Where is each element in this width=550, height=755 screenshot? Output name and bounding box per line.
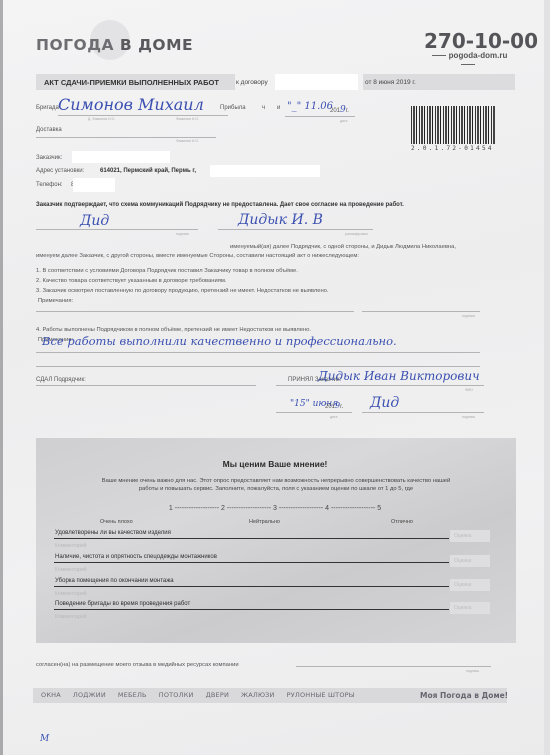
accepted-date-line bbox=[276, 412, 352, 413]
address-value: 614021, Пермский край, Пермь г, bbox=[100, 168, 196, 174]
company-logo: ПОГОДА В ДОМЕ bbox=[36, 36, 193, 54]
company-phone: 270-10-00 bbox=[424, 29, 538, 53]
accepted-line bbox=[276, 385, 484, 386]
note-2-line-2 bbox=[36, 366, 480, 367]
survey-score-3[interactable]: Оценка bbox=[450, 579, 490, 591]
publish-consent-text: согласен(на) на размещение моего отзыва … bbox=[36, 662, 239, 668]
customer-name-redacted bbox=[72, 151, 170, 163]
and-label: и bbox=[277, 105, 280, 111]
address-redacted bbox=[210, 165, 320, 177]
parties-line-1: именуемый(ая) далее Подрядчик, с одной с… bbox=[230, 244, 456, 250]
consent-signature-label: подпись bbox=[176, 232, 189, 236]
arrival-date-line bbox=[285, 116, 355, 117]
contract-number-redacted bbox=[275, 74, 358, 90]
note-1-line bbox=[36, 311, 354, 312]
footer-nav-furniture: МЕБЕЛЬ bbox=[118, 691, 147, 699]
logo-text-2: В ДОМЕ bbox=[114, 36, 193, 54]
clause-3: 3. Заказчик осмотрел поставленную по дог… bbox=[36, 288, 329, 294]
publish-consent-sign-label: подпись bbox=[466, 669, 479, 673]
clause-2: 2. Качество товара соответствует указанн… bbox=[36, 278, 226, 284]
consent-name-handwritten: Дидык И. В bbox=[238, 212, 323, 228]
footer-nav-loggias: ЛОДЖИИ bbox=[73, 691, 106, 699]
accepted-year-prefix: 201 bbox=[325, 404, 335, 410]
footer-nav: ОКНА ЛОДЖИИ МЕБЕЛЬ ПОТОЛКИ ДВЕРИ ЖАЛЮЗИ … bbox=[41, 691, 355, 699]
scale-mid-label: Нейтрально bbox=[249, 519, 280, 525]
barcode-number: 2.0.1.72-01454 bbox=[411, 145, 494, 152]
note-1-sign-line bbox=[362, 311, 480, 312]
consent-signature: Дид bbox=[80, 213, 109, 229]
footer-nav-doors: ДВЕРИ bbox=[206, 691, 229, 699]
footer-slogan: Моя Погода в Доме! bbox=[420, 691, 508, 700]
survey-comment-2[interactable]: Комментарий bbox=[55, 567, 87, 573]
delivery-label: Доставка bbox=[36, 127, 62, 133]
survey-score-1[interactable]: Оценка bbox=[450, 530, 490, 542]
accepted-signature-line bbox=[362, 412, 484, 413]
survey-scale: 1 ------------------- 2 ----------------… bbox=[0, 505, 550, 512]
note-2-handwritten: Все работы выполнили качественно и профе… bbox=[42, 334, 397, 348]
brigade-sub-1: Д. Фамилия И.О. bbox=[88, 117, 115, 121]
accepted-year-suffix: г. bbox=[340, 404, 343, 410]
brigade-handwritten: Симонов Михаил bbox=[58, 95, 204, 114]
document-page: ПОГОДА В ДОМЕ 270-10-00 pogoda-dom.ru АК… bbox=[0, 0, 550, 755]
delivered-label: СДАЛ Подрядчик: bbox=[36, 377, 86, 383]
survey-intro-1: Ваше мнение очень важно для нас. Этот оп… bbox=[36, 478, 516, 484]
barcode bbox=[411, 106, 495, 144]
scale-high-label: Отлично bbox=[391, 519, 413, 525]
consent-signature-line bbox=[36, 229, 198, 230]
phone-label: Телефон: bbox=[36, 182, 63, 188]
survey-question-3-line bbox=[54, 586, 449, 587]
contract-date: от 8 июня 2019 г. bbox=[365, 79, 416, 86]
arrival-year: 2019г. bbox=[330, 105, 349, 115]
survey-question-1-line bbox=[54, 538, 449, 539]
survey-question-2-line bbox=[54, 562, 449, 563]
scheme-consent-text: Заказчик подтверждает, что схема коммуни… bbox=[36, 202, 404, 208]
accepted-name-handwritten: Дидык Иван Викторович bbox=[318, 369, 480, 383]
logo-text-1: ПОГОДА bbox=[36, 36, 114, 54]
year-suffix: г. bbox=[346, 108, 349, 114]
arrived-label: Прибыла bbox=[220, 105, 246, 111]
accepted-name-label: ФИО bbox=[465, 388, 473, 392]
scale-low-label: Очень плохо bbox=[100, 519, 133, 525]
brigade-sub-2: Фамилия И.О. bbox=[176, 117, 199, 121]
survey-question-4-line bbox=[54, 609, 449, 610]
delivery-line bbox=[36, 137, 216, 138]
contract-label: к договору bbox=[236, 79, 268, 86]
accepted-signature: Дид bbox=[370, 395, 399, 411]
survey-score-2[interactable]: Оценка bbox=[450, 555, 490, 567]
arrival-date-sub: дата bbox=[340, 119, 347, 123]
year-prefix: 201 bbox=[330, 108, 340, 114]
clause-4: 4. Работы выполнены Подрядчиком в полном… bbox=[36, 327, 311, 333]
survey-question-4: Поведение бригады во время проведения ра… bbox=[55, 601, 190, 607]
parties-line-2: именуем далее Заказчик, с другой стороны… bbox=[36, 253, 359, 259]
consent-name-label: расшифровка bbox=[345, 232, 368, 236]
publish-consent-sign-line bbox=[296, 666, 491, 667]
delivered-line bbox=[36, 385, 256, 386]
survey-question-3: Уборка помещения по окончании монтажа bbox=[55, 578, 174, 584]
customer-label: Заказчик: bbox=[36, 155, 62, 161]
clause-1: 1. В соответствии с условиями Договора П… bbox=[36, 268, 298, 274]
accepted-year: 2019г. bbox=[325, 401, 343, 410]
note-2-line bbox=[36, 352, 480, 353]
phone-redacted bbox=[73, 178, 115, 192]
survey-comment-3[interactable]: Комментарий bbox=[55, 591, 87, 597]
brigade-label: Бригада bbox=[36, 105, 59, 111]
brigade-line bbox=[58, 115, 228, 116]
footer-nav-windows: ОКНА bbox=[41, 691, 61, 699]
footer-nav-roller-shades: РУЛОННЫЕ ШТОРЫ bbox=[287, 691, 355, 699]
survey-question-1: Удовлетворены ли вы качеством изделия bbox=[55, 530, 171, 536]
note-1-label: Примечания: bbox=[38, 298, 73, 304]
footer-nav-blinds: ЖАЛЮЗИ bbox=[241, 691, 275, 699]
survey-score-4[interactable]: Оценка bbox=[450, 602, 490, 614]
margin-handwritten-mark: М bbox=[40, 734, 49, 744]
survey-comment-4[interactable]: Комментарий bbox=[55, 614, 87, 620]
footer-nav-ceilings: ПОТОЛКИ bbox=[159, 691, 194, 699]
scan-edge-right bbox=[544, 0, 550, 755]
consent-name-line bbox=[218, 229, 373, 230]
survey-comment-1[interactable]: Комментарий bbox=[55, 543, 87, 549]
survey-question-2: Наличие, чистота и опрятность спецодежды… bbox=[55, 554, 217, 560]
accepted-date-label: дата bbox=[330, 415, 337, 419]
note-1-sign-label: подпись bbox=[462, 314, 475, 318]
company-website: pogoda-dom.ru bbox=[423, 51, 513, 69]
survey-intro-2: работы и повышать сервис. Заполните, пож… bbox=[36, 486, 516, 492]
arrival-date-handwritten: "_" 11.06 bbox=[287, 101, 333, 112]
delivery-sub: Фамилия И.О. bbox=[176, 139, 199, 143]
act-title: АКТ СДАЧИ-ПРИЕМКИ ВЫПОЛНЕННЫХ РАБОТ bbox=[44, 78, 219, 87]
accepted-signature-label: подпись bbox=[462, 415, 475, 419]
address-label: Адрес установки: bbox=[36, 168, 84, 174]
survey-title: Мы ценим Ваше мнение! bbox=[0, 459, 550, 469]
scan-edge-left bbox=[0, 0, 3, 755]
hour-label: ч bbox=[262, 105, 265, 111]
